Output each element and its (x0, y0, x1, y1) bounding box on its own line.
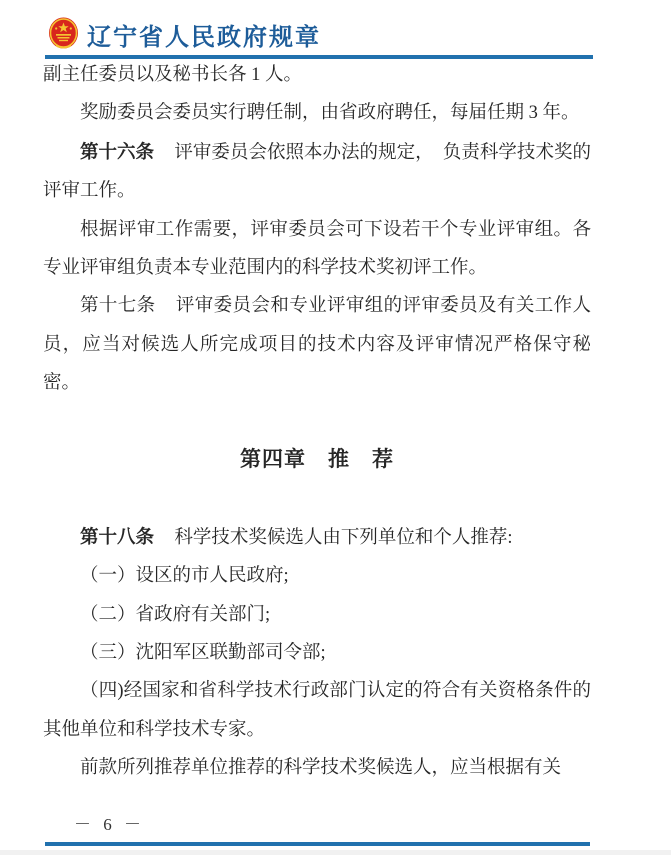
paragraph-text: （四)经国家和省科学技术行政部门认定的符合有关资格条件的其他单位和科学技术专家。 (43, 681, 591, 739)
paragraph-text: （一）设区的市人民政府; (80, 566, 289, 586)
page-title: 辽宁省人民政府规章 (87, 17, 321, 52)
chapter-heading: 第四章 推 荐 (43, 441, 591, 479)
paragraph-article-17: 第十七条评审委员会和专业评审组的评审委员及有关工作人员，应当对候选人所完成项目的… (43, 287, 591, 402)
paragraph: 前款所列推荐单位推荐的科学技术奖候选人，应当根据有关 (43, 749, 591, 787)
paragraph: 根据评审工作需要，评审委员会可下设若干个专业评审组。各专业评审组负责本专业范围内… (43, 211, 591, 288)
document-page: 辽宁省人民政府规章 副主任委员以及秘书长各 1 人。 奖励委员会委员实行聘任制，… (0, 0, 671, 855)
paragraph-text: 副主任委员以及秘书长各 1 人。 (43, 65, 302, 85)
paragraph: 副主任委员以及秘书长各 1 人。 (43, 56, 591, 94)
article-number: 第十七条 (80, 296, 156, 316)
paragraph-text: （二）省政府有关部门; (80, 605, 270, 625)
list-item-1: （一）设区的市人民政府; (43, 557, 591, 595)
china-national-emblem-icon (48, 17, 79, 52)
paragraph-text: 根据评审工作需要，评审委员会可下设若干个专业评审组。各专业评审组负责本专业范围内… (43, 220, 591, 278)
paragraph-text: 奖励委员会委员实行聘任制，由省政府聘任，每届任期 3 年。 (80, 103, 580, 123)
page-number: － 6 － (74, 813, 145, 837)
article-number: 第十八条 (80, 526, 154, 547)
article-number: 第十六条 (80, 141, 154, 162)
footer-divider-rule (45, 842, 590, 846)
document-header: 辽宁省人民政府规章 (48, 14, 321, 54)
list-item-3: （三）沈阳军区联勤部司令部; (43, 634, 591, 672)
list-item-2: （二）省政府有关部门; (43, 596, 591, 634)
paragraph-article-18: 第十八条科学技术奖候选人由下列单位和个人推荐: (43, 518, 591, 557)
list-item-4: （四)经国家和省科学技术行政部门认定的符合有关资格条件的其他单位和科学技术专家。 (43, 672, 591, 749)
document-body: 副主任委员以及秘书长各 1 人。 奖励委员会委员实行聘任制，由省政府聘任，每届任… (43, 56, 591, 788)
paragraph: 奖励委员会委员实行聘任制，由省政府聘任，每届任期 3 年。 (43, 94, 591, 132)
paragraph-text: （三）沈阳军区联勤部司令部; (80, 643, 326, 663)
page-edge-strip (0, 850, 671, 855)
paragraph-text: 科学技术奖候选人由下列单位和个人推荐: (174, 528, 512, 548)
paragraph-article-16: 第十六条评审委员会依照本办法的规定， 负责科学技术奖的评审工作。 (43, 133, 591, 211)
paragraph-text: 前款所列推荐单位推荐的科学技术奖候选人，应当根据有关 (80, 758, 561, 778)
